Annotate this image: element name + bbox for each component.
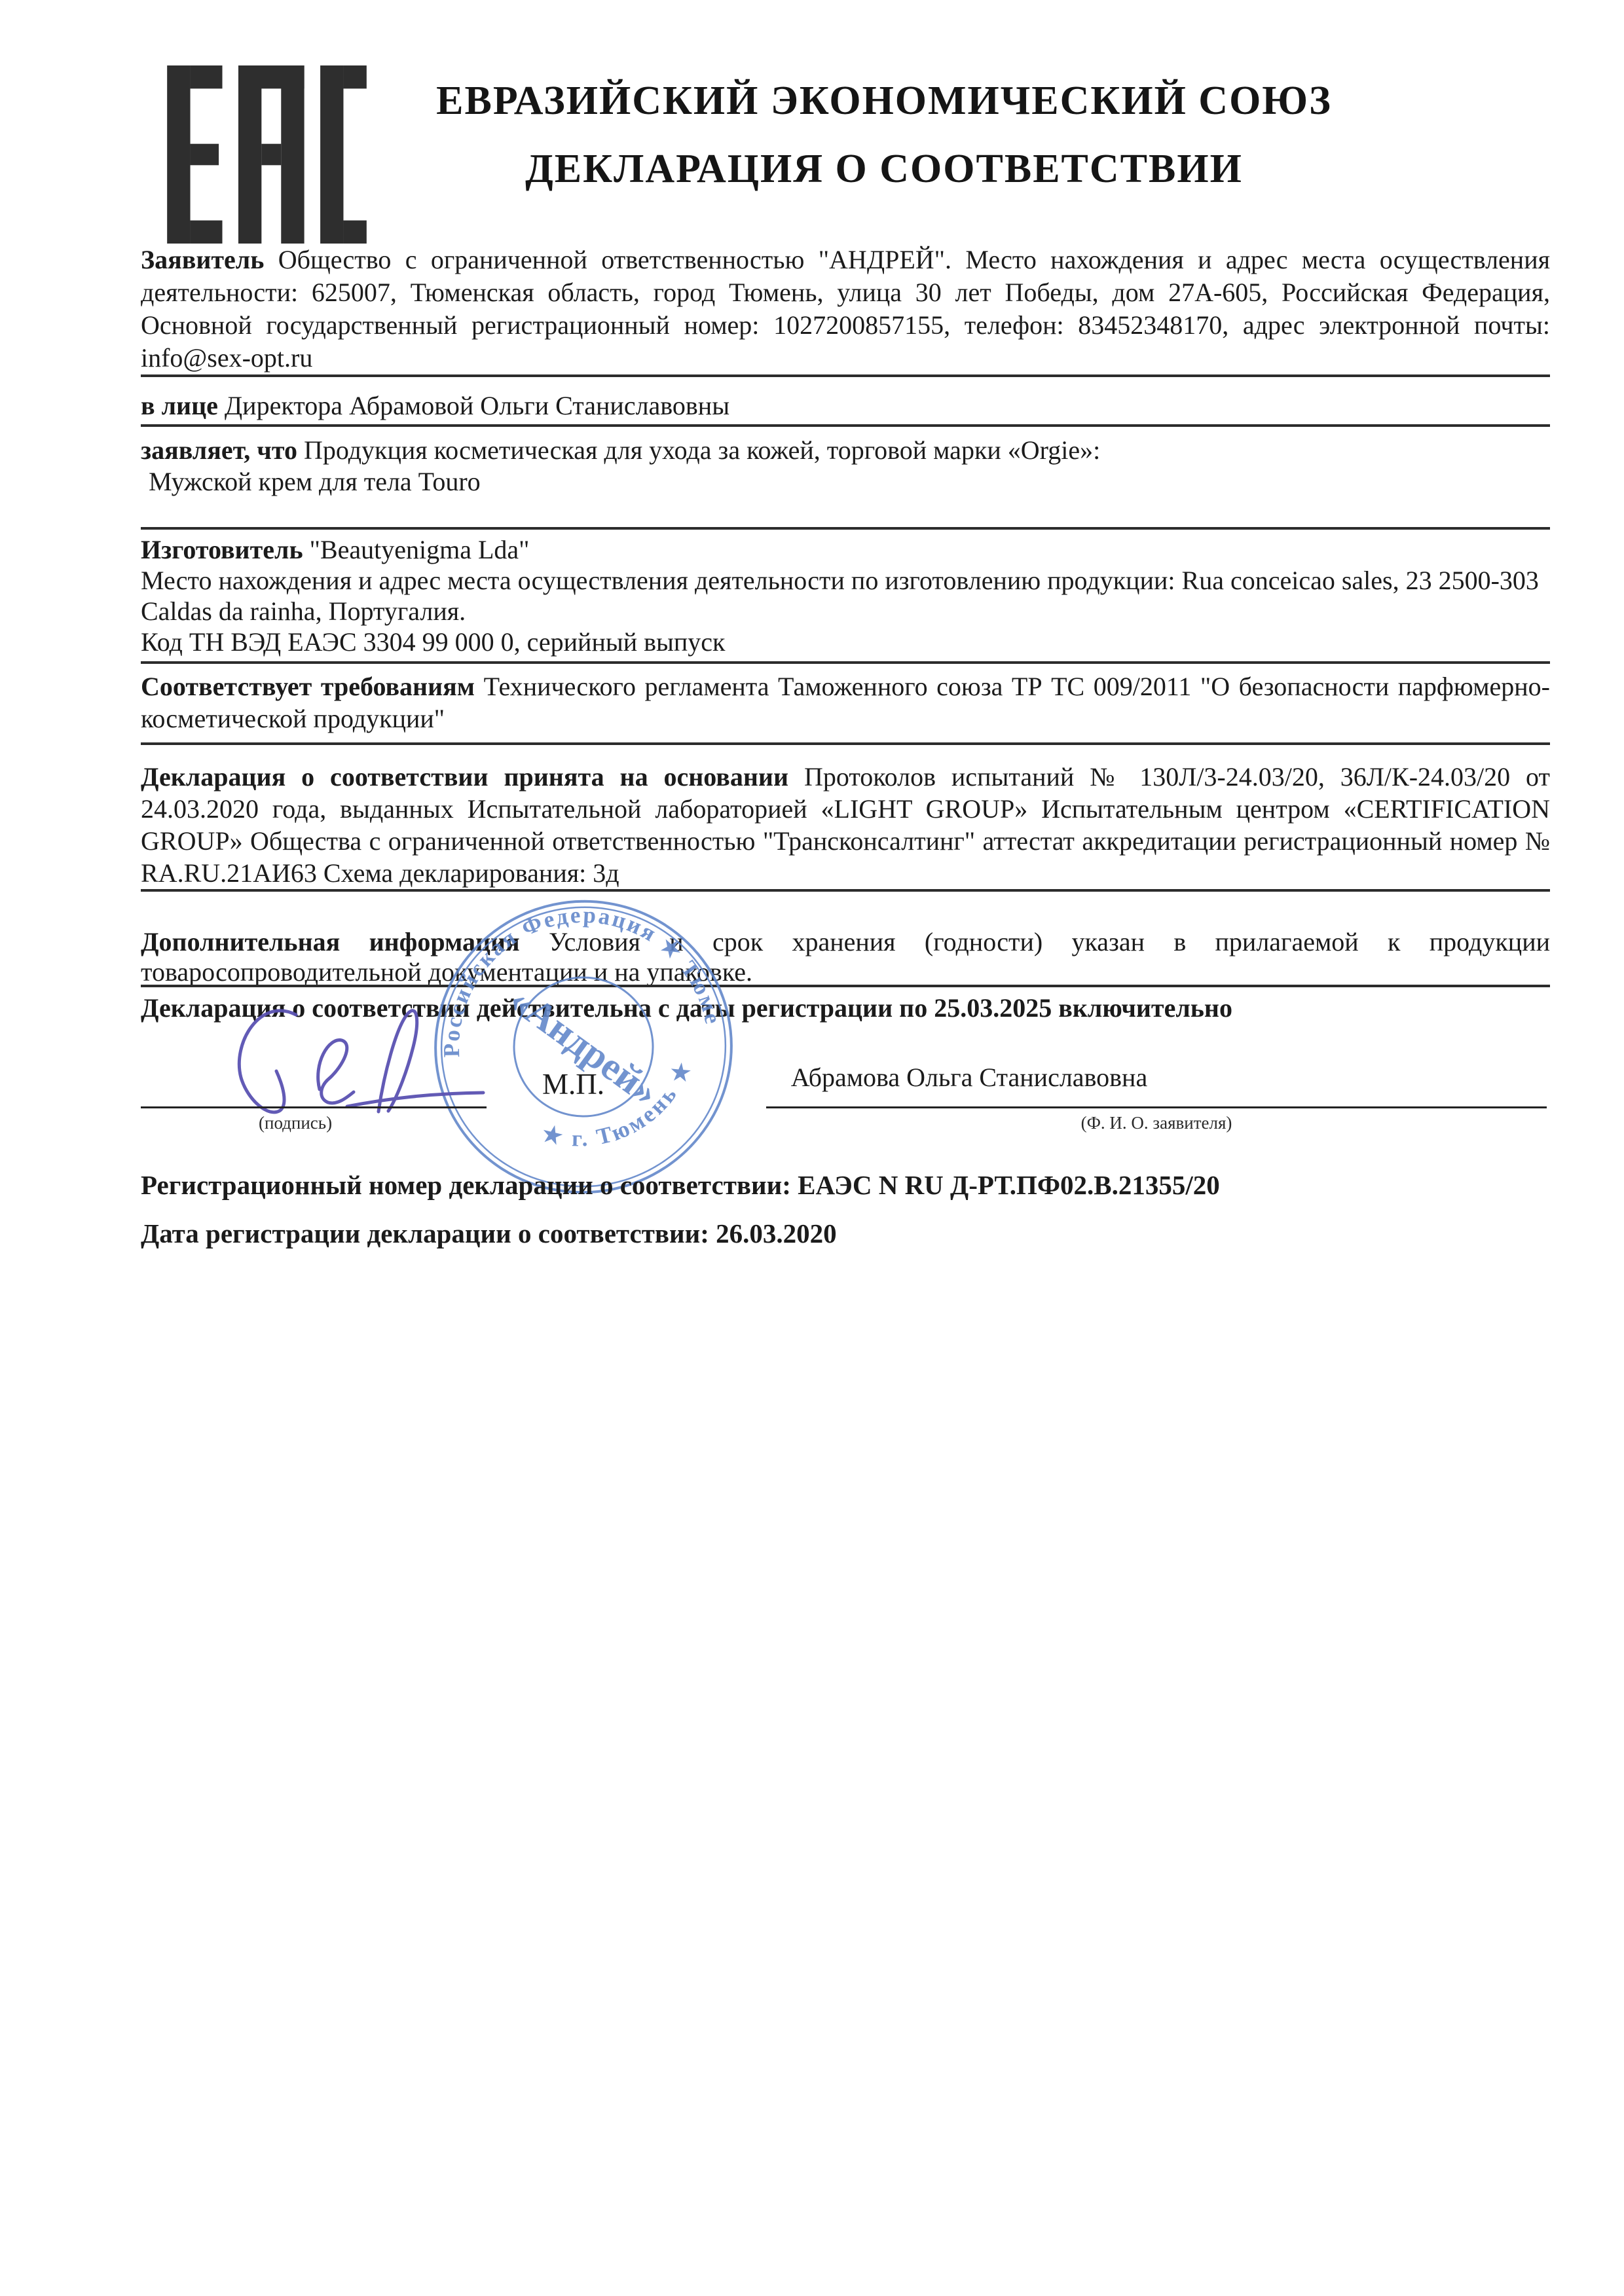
signer-name: Абрамова Ольга Станиславовна <box>622 1062 1316 1093</box>
compliance-paragraph: Соответствует требованиям Технического р… <box>141 670 1550 735</box>
title-line-union: ЕВРАЗИЙСКИЙ ЭКОНОМИЧЕСКИЙ СОЮЗ <box>347 67 1421 135</box>
fio-caption: (Ф. И. О. заявителя) <box>766 1113 1547 1133</box>
tnved-code-line: Код ТН ВЭД ЕАЭС 3304 99 000 0, серийный … <box>141 627 725 657</box>
manufacturer-label: Изготовитель <box>141 535 303 564</box>
applicant-paragraph: Заявитель Общество с ограниченной ответс… <box>141 244 1550 374</box>
divider-line <box>141 889 1550 892</box>
signature-caption: (подпись) <box>259 1113 455 1133</box>
declaration-document: ЕВРАЗИЙСКИЙ ЭКОНОМИЧЕСКИЙ СОЮЗ ДЕКЛАРАЦИ… <box>0 0 1624 2296</box>
basis-label: Декларация о соответствии принята на осн… <box>141 762 788 792</box>
additional-info-paragraph: Дополнительная информация Условия и срок… <box>141 927 1550 987</box>
applicant-text: Общество с ограниченной ответственностью… <box>141 245 1550 373</box>
compliance-label: Соответствует требованиям <box>141 672 475 701</box>
applicant-label: Заявитель <box>141 245 264 274</box>
divider-line <box>141 527 1550 530</box>
product-name: Мужской крем для тела Touro <box>141 466 1550 498</box>
declares-paragraph: заявляет, что Продукция косметическая дл… <box>141 435 1550 498</box>
manufacturer-address: Место нахождения и адрес места осуществл… <box>141 566 1539 626</box>
declares-label: заявляет, что <box>141 435 297 465</box>
registration-date-line: Дата регистрации декларации о соответств… <box>141 1218 1550 1249</box>
representative-label: в лице <box>141 391 218 420</box>
divider-line <box>141 742 1550 745</box>
divider-line <box>141 424 1550 427</box>
signature-line <box>141 1106 487 1108</box>
representative-line: в лице Директора Абрамовой Ольги Станисл… <box>141 390 1550 422</box>
divider-line <box>141 661 1550 664</box>
declares-text: Продукция косметическая для ухода за кож… <box>304 435 1100 465</box>
document-title: ЕВРАЗИЙСКИЙ ЭКОНОМИЧЕСКИЙ СОЮЗ ДЕКЛАРАЦИ… <box>347 67 1421 203</box>
divider-line <box>141 985 1550 987</box>
representative-text: Директора Абрамовой Ольги Станиславовны <box>225 391 729 420</box>
basis-paragraph: Декларация о соответствии принята на осн… <box>141 761 1550 889</box>
divider-line <box>141 374 1550 377</box>
title-line-declaration: ДЕКЛАРАЦИЯ О СООТВЕТСТВИИ <box>347 135 1421 203</box>
eac-mark-icon <box>167 65 367 244</box>
manufacturer-name: "Beautyenigma Lda" <box>310 535 530 564</box>
fio-line <box>766 1106 1547 1108</box>
signature <box>231 1000 487 1123</box>
stamp-place-label: М.П. <box>542 1067 604 1101</box>
registration-number-line: Регистрационный номер декларации о соотв… <box>141 1169 1550 1201</box>
manufacturer-block: Изготовитель "Beautyenigma Lda" Место на… <box>141 534 1550 657</box>
